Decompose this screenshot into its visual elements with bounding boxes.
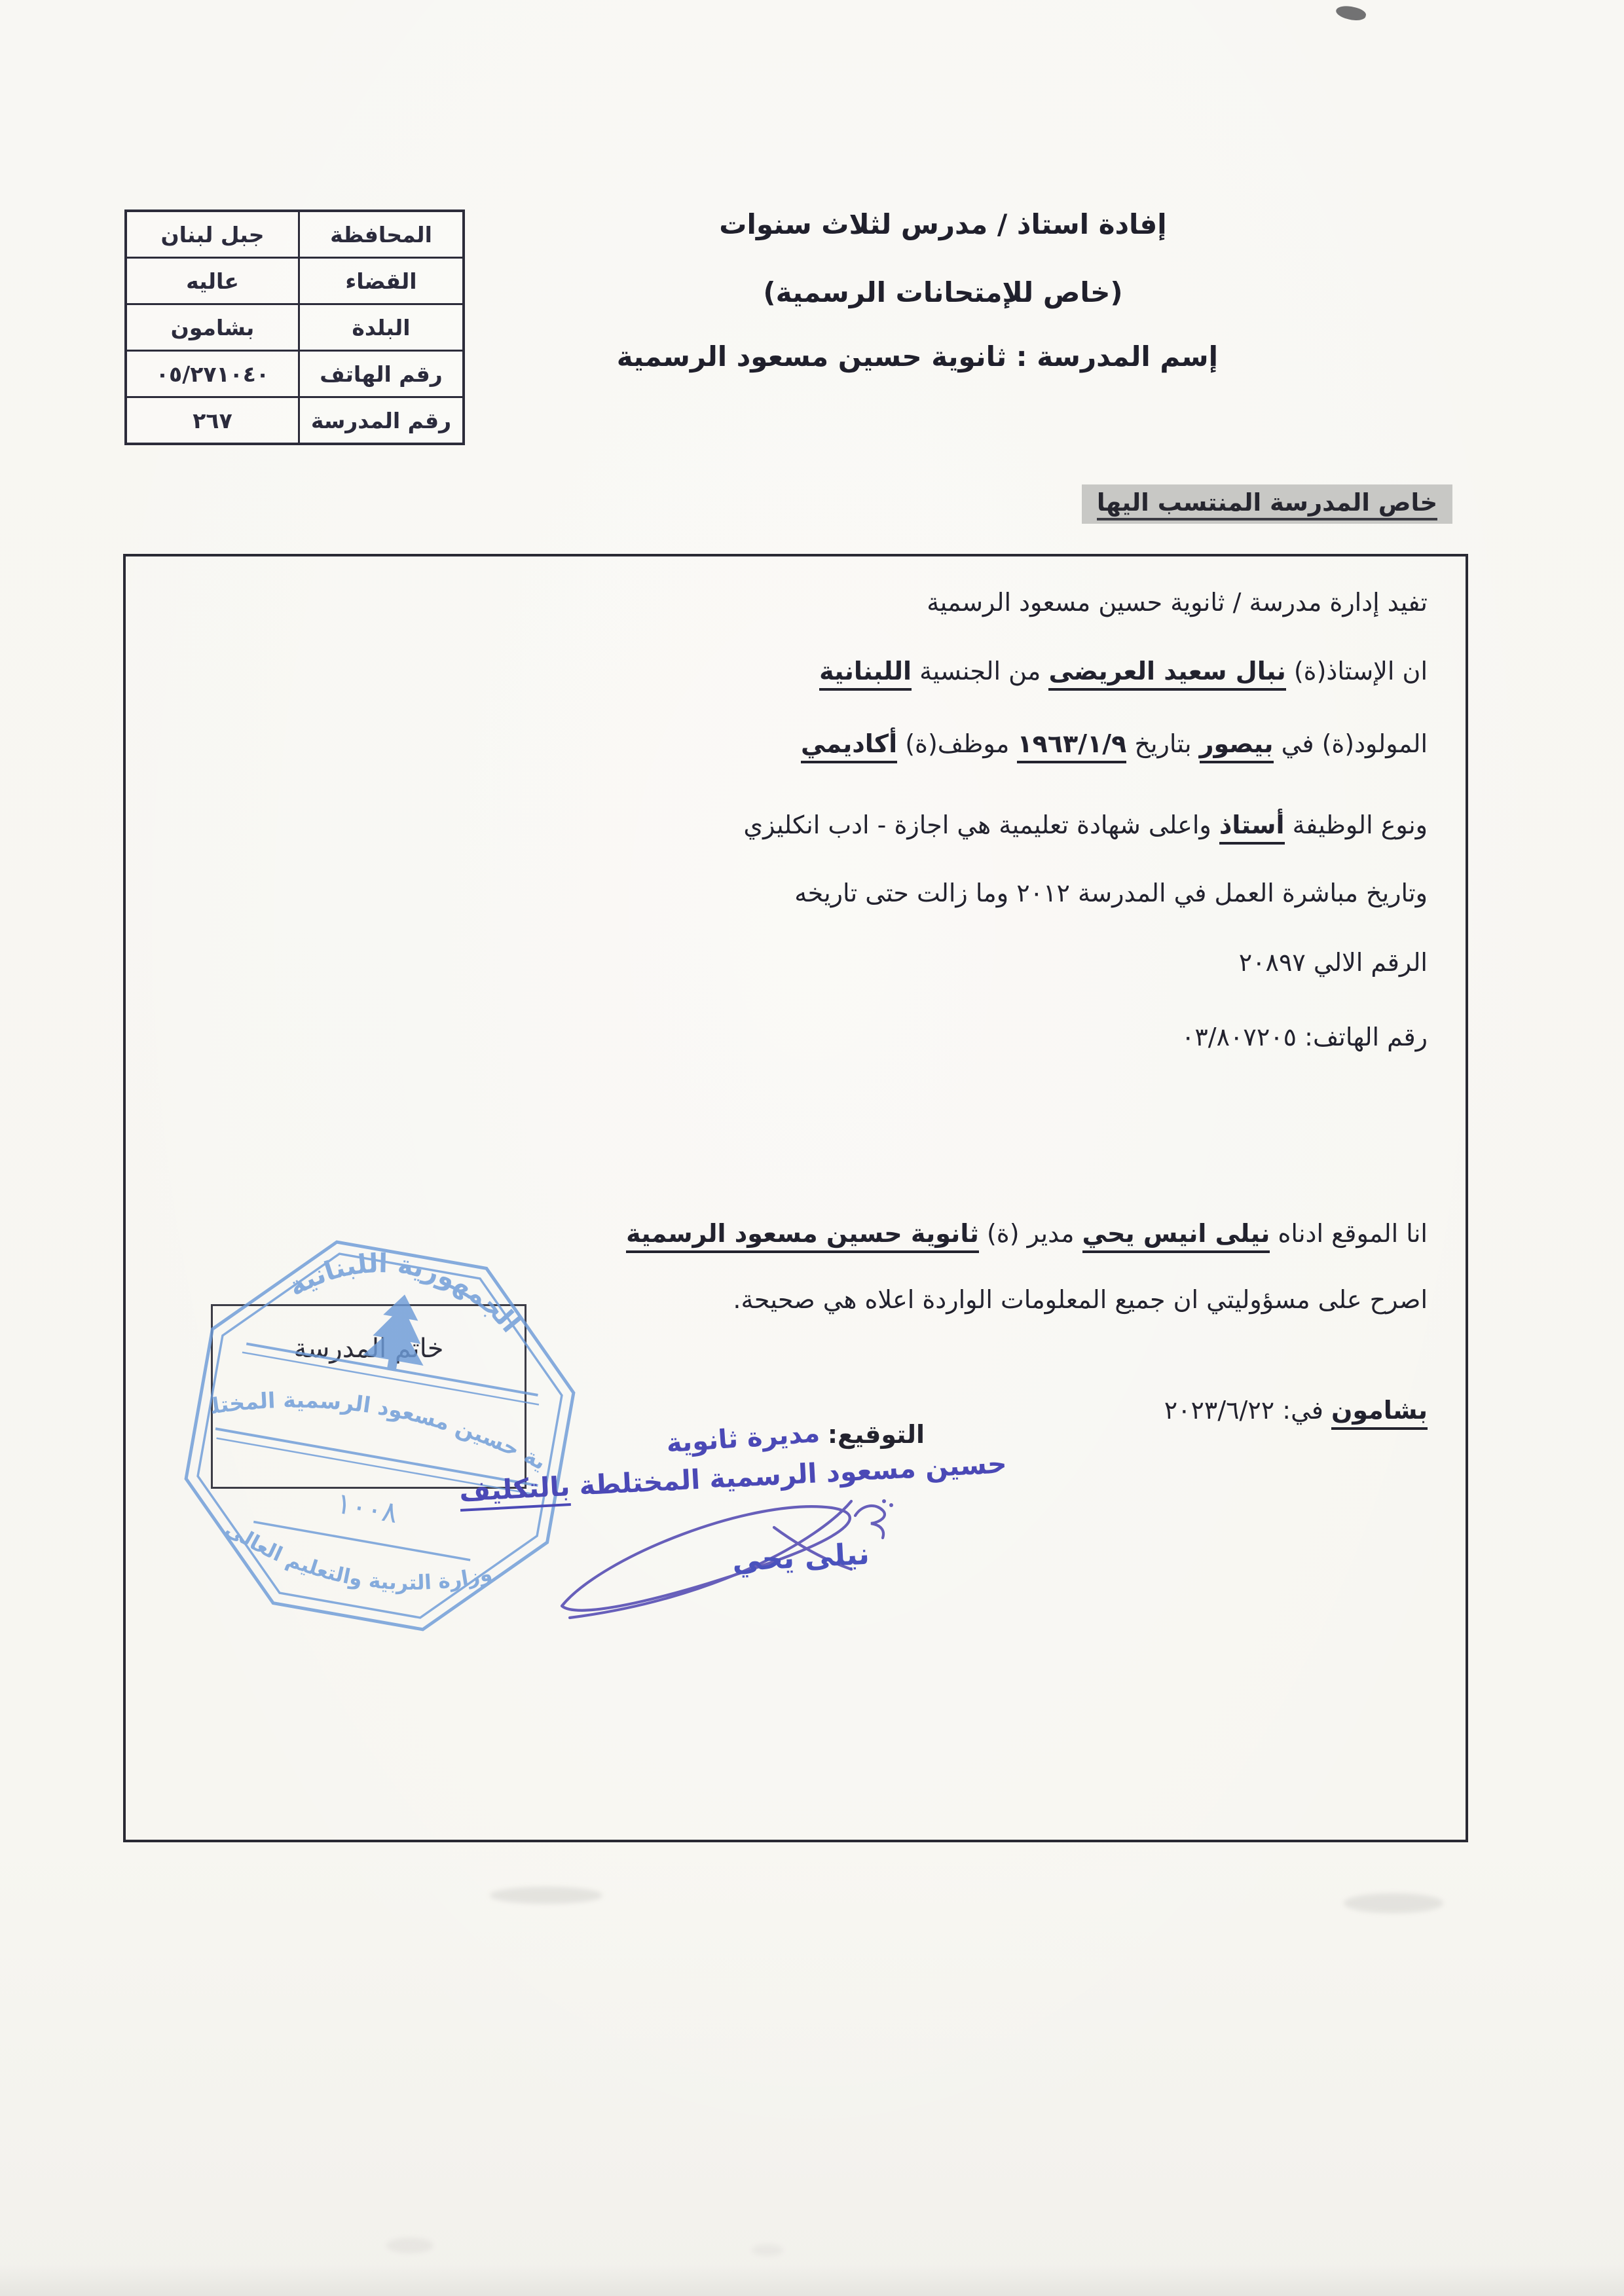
signer-name-stamp: نيلى يحي [731,1537,870,1578]
date-label: في: [1282,1396,1323,1425]
row-value: عاليه [127,259,298,303]
table-row: البلدة بشامون [127,305,462,352]
birth-place: بيصور [1200,729,1274,763]
row-label: البلدة [298,305,462,350]
row-value: ٢٦٧ [127,398,298,443]
work-start-line: وتاريخ مباشرة العمل في المدرسة ٢٠١٢ وما … [794,879,1428,907]
declaration-line-2: اصرح على مسؤوليتي ان جميع المعلومات الوا… [733,1285,1428,1314]
principal-name: نيلى انيس يحي [1082,1219,1270,1253]
table-row: القضاء عاليه [127,259,462,305]
school-info-table: المحافظة جبل لبنان القضاء عاليه البلدة ب… [124,210,465,445]
teacher-line-mid: من الجنسية [919,657,1041,685]
teacher-name: نبال سعيد العريضى [1048,657,1285,691]
row-label: رقم المدرسة [298,398,462,443]
scan-artifact [490,1887,602,1904]
date-value: ٢٠٢٣/٦/٢٢ [1164,1396,1274,1425]
row-value: ٠٥/٢٧١٠٤٠ [127,352,298,396]
employee-type: أكاديمي [801,729,897,763]
section-title-bar: خاص المدرسة المنتسب اليها [1082,484,1452,524]
table-row: رقم الهاتف ٠٥/٢٧١٠٤٠ [127,352,462,398]
place-name: بشامون [1331,1396,1428,1430]
scan-artifact [386,2238,434,2253]
row-value: جبل لبنان [127,212,298,257]
job-title: أستاذ [1219,811,1285,845]
table-row: المحافظة جبل لبنان [127,212,462,259]
document-title: إفادة استاذ / مدرس لثلاث سنوات [668,208,1218,240]
birth-date: ١٩٦٣/١/٩ [1017,729,1126,763]
employee-label: موظف(ة) [905,729,1009,758]
signature-row: التوقيع: مديرة ثانوية [623,1419,925,1449]
phone-line: رقم الهاتف: ٠٣/٨٠٧٢٠٥ [1181,1023,1428,1051]
place-date-line: بشامون في: ٢٠٢٣/٦/٢٢ [1164,1396,1428,1425]
declaration-line: انا الموقع ادناه نيلى انيس يحي مدير (ة) … [626,1219,1428,1248]
scan-artifact [1344,1893,1443,1913]
row-label: المحافظة [298,212,462,257]
job-line-post: واعلى شهادة تعليمية هي اجازة - ادب انكلي… [743,811,1211,839]
section-title: خاص المدرسة المنتسب اليها [1097,488,1437,520]
school-name-line: إسم المدرسة : ثانوية حسين مسعود الرسمية [668,340,1218,373]
school-stamp-icon: الجمهورية اللبنانية ثانوية حسين مسعود ال… [154,1230,606,1655]
declaration-mid: مدير (ة) [987,1219,1074,1248]
declaration-pre: انا الموقع ادناه [1278,1219,1428,1248]
row-label: القضاء [298,259,462,303]
job-line: ونوع الوظيفة أستاذ واعلى شهادة تعليمية ه… [743,811,1428,839]
birth-line: المولود(ة) في بيصور بتاريخ ١٩٦٣/١/٩ موظف… [801,729,1428,758]
teacher-line: ان الإستاذ(ة) نبال سعيد العريضى من الجنس… [819,657,1428,685]
job-line-pre: ونوع الوظيفة [1293,811,1428,839]
stamp-number: ١٠٠٨ [333,1486,400,1530]
scan-artifact [1335,3,1367,24]
declaration-school-name: ثانوية حسين مسعود الرسمية [626,1219,979,1253]
birth-line-mid: بتاريخ [1134,729,1191,758]
teacher-nationality: اللبنانية [819,657,912,691]
scan-shadow [0,2264,1624,2296]
cedar-tree-icon [361,1289,435,1376]
row-value: بشامون [127,305,298,350]
document-subtitle: (خاص للإمتحانات الرسمية) [668,276,1218,308]
scan-artifact [752,2244,783,2256]
intro-line: تفيد إدارة مدرسة / ثانوية حسين مسعود الر… [927,588,1428,617]
scanned-certificate-page: المحافظة جبل لبنان القضاء عاليه البلدة ب… [0,0,1624,2296]
row-label: رقم الهاتف [298,352,462,396]
birth-line-pre: المولود(ة) في [1282,729,1428,758]
serial-number-line: الرقم الالي ٢٠٨٩٧ [1239,948,1428,977]
table-row: رقم المدرسة ٢٦٧ [127,398,462,443]
signature-label: التوقيع: [828,1420,925,1449]
teacher-line-pre: ان الإستاذ(ة) [1294,657,1428,685]
